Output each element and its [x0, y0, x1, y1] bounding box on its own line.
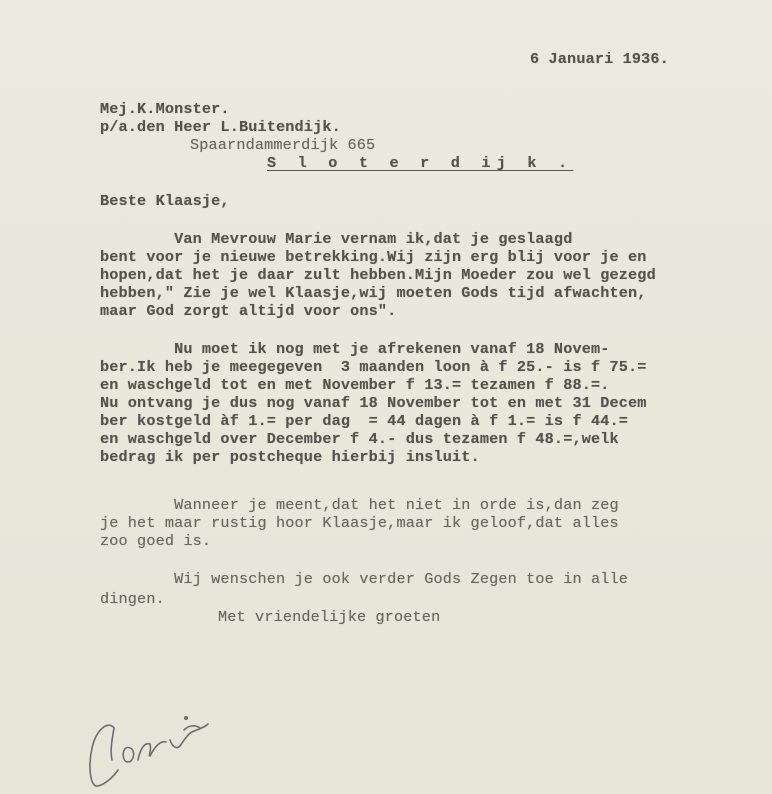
closing: Met vriendelijke groeten — [218, 608, 440, 626]
addressee-care-of: p/a.den Heer L.Buitendijk. — [100, 118, 341, 136]
addressee-name: Mej.K.Monster. — [100, 100, 230, 118]
paragraph-2-line-1: Nu moet ik nog met je afrekenen vanaf 18… — [100, 340, 610, 358]
addressee-city: S l o t e r d ij k . — [267, 154, 573, 172]
paragraph-1-line-1: Van Mevrouw Marie vernam ik,dat je gesla… — [100, 230, 572, 248]
paragraph-2-line-6: en waschgeld over December f 4.- dus tez… — [100, 430, 619, 448]
salutation: Beste Klaasje, — [100, 192, 230, 210]
paragraph-2-line-4: Nu ontvang je dus nog vanaf 18 November … — [100, 394, 647, 412]
addressee-street: Spaarndammerdijk 665 — [190, 136, 375, 154]
paragraph-3-line-3: zoo goed is. — [100, 532, 211, 550]
paragraph-1-line-3: hopen,dat het je daar zult hebben.Mijn M… — [100, 266, 656, 284]
paragraph-1-line-4: hebben," Zie je wel Klaasje,wij moeten G… — [100, 284, 647, 302]
paragraph-1-line-2: bent voor je nieuwe betrekking.Wij zijn … — [100, 248, 647, 266]
paragraph-2-line-5: ber kostgeld àf 1.= per dag = 44 dagen à… — [100, 412, 628, 430]
paragraph-2-line-7: bedrag ik per postcheque hierbij insluit… — [100, 448, 480, 466]
paragraph-2-line-3: en waschgeld tot en met November f 13.= … — [100, 376, 610, 394]
paragraph-4-line-1: Wij wenschen je ook verder Gods Zegen to… — [100, 570, 628, 588]
paragraph-3-line-1: Wanneer je meent,dat het niet in orde is… — [100, 496, 619, 514]
signature-handwritten — [84, 690, 244, 790]
paragraph-3-line-2: je het maar rustig hoor Klaasje,maar ik … — [100, 514, 619, 532]
letter-page: 6 Januari 1936. Mej.K.Monster. p/a.den H… — [0, 0, 772, 794]
letter-date: 6 Januari 1936. — [530, 50, 669, 68]
paragraph-1-line-5: maar God zorgt altijd voor ons". — [100, 302, 396, 320]
paragraph-2-line-2: ber.Ik heb je meegegeven 3 maanden loon … — [100, 358, 647, 376]
paragraph-4-line-2: dingen. — [100, 590, 165, 608]
